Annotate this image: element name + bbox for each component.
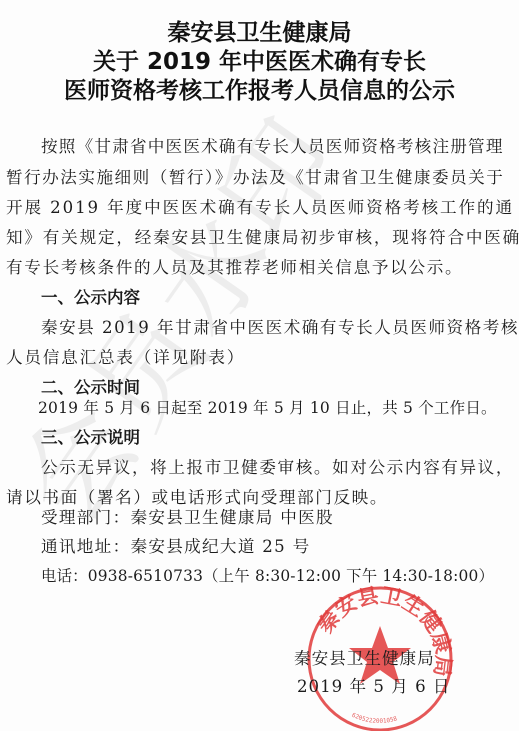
title-line-1: 秦安县卫生健康局: [0, 19, 519, 47]
contact-phone: 电话：0938-6510733（上午 8:30-12:00 下午 14:30-1…: [41, 566, 519, 586]
intro-line-3: 开展 2019 年度中医医术确有专长人员医师资格考核工作的通: [6, 198, 516, 218]
section-notes-line-1: 公示无异议，将上报市卫健委审核。如对公示内容有异议，: [41, 458, 519, 478]
section-content-line-2: 人员信息汇总表（详见附表）: [6, 348, 516, 368]
svg-text:6205222001058: 6205222001058: [351, 712, 399, 725]
title-line-2: 关于 2019 年中医医术确有专长: [0, 48, 519, 76]
intro-line-2: 暂行办法实施细则（暂行）》办法及《甘肃省卫生健康委员关于: [6, 168, 516, 188]
notice-document: 会员水印 秦安县卫生健康局 关于 2019 年中医医术确有专长 医师资格考核工作…: [0, 0, 519, 731]
section-content-line-1: 秦安县 2019 年甘肃省中医医术确有专长人员医师资格考核: [41, 318, 519, 338]
signature-date: 2019 年 5 月 6 日: [297, 677, 451, 697]
section-heading-notes: 三、公示说明: [41, 428, 140, 448]
contact-department: 受理部门：秦安县卫生健康局 中医股: [41, 508, 519, 528]
section-heading-time: 二、公示时间: [41, 378, 140, 398]
intro-line-1: 按照《甘肃省中医医术确有专长人员医师资格考核注册管理: [41, 137, 519, 157]
section-notes-line-2: 请以书面（署名）或电话形式向受理部门反映。: [6, 488, 516, 508]
title-line-3: 医师资格考核工作报考人员信息的公示: [0, 77, 519, 105]
section-heading-content: 一、公示内容: [41, 288, 140, 308]
seal-serial: 6205222001058: [351, 712, 399, 725]
intro-line-4: 知》有关规定，经秦安县卫生健康局初步审核，现将符合中医确: [6, 228, 516, 248]
signature-issuer: 秦安县卫生健康局: [294, 649, 435, 669]
intro-line-5: 有专长考核条件的人员及其推荐老师相关信息予以公示。: [6, 258, 516, 278]
section-time-line: 2019 年 5 月 6 日起至 2019 年 5 月 10 日止，共 5 个工…: [38, 398, 519, 418]
contact-address: 通讯地址：秦安县成纪大道 25 号: [41, 537, 519, 557]
